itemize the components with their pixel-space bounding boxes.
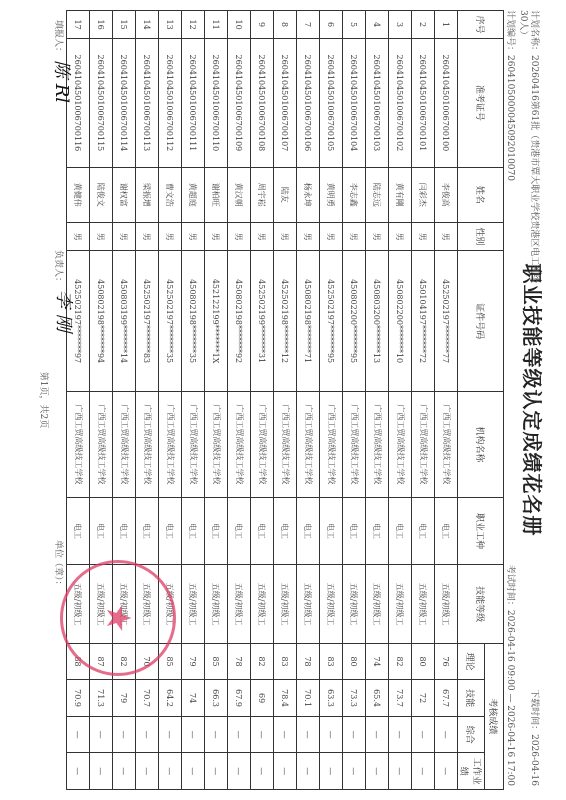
cell-skill: 73.3 [343, 680, 366, 717]
table-row: 132604104501006700112曹文浩男452502197******… [159, 11, 182, 790]
cell-overall: — [297, 716, 320, 753]
cell-work: — [251, 753, 274, 790]
cell-id: 450802200*******10 [389, 251, 412, 392]
cell-job: 电工 [251, 497, 274, 565]
table-row: 142604104501006700113梁振增男452502197******… [136, 11, 159, 790]
cell-theory: 80 [412, 643, 435, 680]
cell-theory: 83 [274, 643, 297, 680]
download-time: 下载时间：2026-04-16 [529, 689, 542, 786]
cell-id: 450803199*******14 [113, 251, 136, 392]
col-id: 证件号码 [458, 251, 504, 392]
cell-overall: — [113, 716, 136, 753]
cell-ticket: 2604104501006700103 [366, 39, 389, 167]
table-row: 22604104501006700101闫彩杰男450104197*******… [412, 11, 435, 790]
cell-org: 广西工贸高级技工学校 [297, 392, 320, 497]
col-level: 技能等级 [458, 565, 504, 643]
cell-skill: 69 [251, 680, 274, 717]
cell-job: 电工 [205, 497, 228, 565]
cell-id: 450802198*******71 [297, 251, 320, 392]
cell-work: — [67, 753, 90, 790]
owner-signature: 李 刚 [52, 290, 78, 332]
cell-work: — [389, 753, 412, 790]
cell-sex: 男 [389, 222, 412, 250]
cell-work: — [228, 753, 251, 790]
cell-ticket: 2604104501006700113 [136, 39, 159, 167]
cell-sex: 男 [182, 222, 205, 250]
cell-overall: — [90, 716, 113, 753]
cell-skill: 70.9 [67, 680, 90, 717]
cell-org: 广西工贸高级技工学校 [412, 392, 435, 497]
cell-work: — [366, 753, 389, 790]
cell-skill: 64.2 [159, 680, 182, 717]
exam-time: 考试时间：2026-04-16 09:00 — 2026-04-16 17:00 [505, 565, 518, 786]
cell-id: 452502199*******31 [251, 251, 274, 392]
cell-overall: — [136, 716, 159, 753]
table-row: 52604104501006700104李志鑫男450802200*******… [343, 11, 366, 790]
cell-theory: 82 [251, 643, 274, 680]
cell-skill: 66.3 [205, 680, 228, 717]
cell-seq: 14 [136, 11, 159, 39]
cell-name: 闫彩杰 [412, 167, 435, 222]
cell-level: 五级/初级工 [251, 565, 274, 643]
cell-job: 电工 [136, 497, 159, 565]
cell-sex: 男 [297, 222, 320, 250]
cell-level: 五级/初级工 [366, 565, 389, 643]
cell-overall: — [412, 716, 435, 753]
cell-org: 广西工贸高级技工学校 [274, 392, 297, 497]
cell-org: 广西工贸高级技工学校 [320, 392, 343, 497]
cell-theory: 85 [205, 643, 228, 680]
cell-name: 曹文浩 [159, 167, 182, 222]
cell-ticket: 2604104501006700102 [389, 39, 412, 167]
cell-seq: 1 [435, 11, 458, 39]
cell-level: 五级/初级工 [228, 565, 251, 643]
cell-work: — [320, 753, 343, 790]
cell-overall: — [205, 716, 228, 753]
cell-sex: 男 [412, 222, 435, 250]
table-row: 12604104501006700100李俊高男452502197*******… [435, 11, 458, 790]
table-row: 92604104501006700108周宇崧男452502199*******… [251, 11, 274, 790]
cell-skill: 70.7 [136, 680, 159, 717]
cell-theory: 82 [389, 643, 412, 680]
cell-skill: 71.3 [90, 680, 113, 717]
cell-theory: 74 [366, 643, 389, 680]
cell-ticket: 2604104501006700101 [412, 39, 435, 167]
table-row: 62604104501006700105黄明勇男452502197*******… [320, 11, 343, 790]
col-overall: 综合 [458, 716, 485, 753]
col-name: 姓名 [458, 167, 504, 222]
cell-sex: 男 [251, 222, 274, 250]
cell-ticket: 2604104501006700106 [297, 39, 320, 167]
cell-org: 广西工贸高级技工学校 [366, 392, 389, 497]
cell-sex: 男 [343, 222, 366, 250]
table-row: 172604104501006700116黄健伟男452502197******… [67, 11, 90, 790]
cell-name: 陆友 [274, 167, 297, 222]
cell-name: 谢权富 [113, 167, 136, 222]
cell-seq: 6 [320, 11, 343, 39]
cell-job: 电工 [435, 497, 458, 565]
cell-id: 450104197*******72 [412, 251, 435, 392]
cell-job: 电工 [182, 497, 205, 565]
cell-overall: — [67, 716, 90, 753]
cell-org: 广西工贸高级技工学校 [251, 392, 274, 497]
cell-overall: — [366, 716, 389, 753]
cell-seq: 16 [90, 11, 113, 39]
col-job: 职业工种 [458, 497, 504, 565]
cell-sex: 男 [113, 222, 136, 250]
cell-ticket: 2604104501006700112 [159, 39, 182, 167]
cell-ticket: 2604104501006700114 [113, 39, 136, 167]
cell-seq: 13 [159, 11, 182, 39]
cell-sex: 男 [366, 222, 389, 250]
cell-theory: 78 [297, 643, 320, 680]
table-row: 72604104501006700106杨永坤男450802198*******… [297, 11, 320, 790]
cell-ticket: 2604104501006700107 [274, 39, 297, 167]
cell-job: 电工 [228, 497, 251, 565]
cell-theory: 80 [343, 643, 366, 680]
seal-star-icon: ★ [98, 603, 138, 633]
cell-skill: 72 [412, 680, 435, 717]
cell-ticket: 2604104501006700100 [435, 39, 458, 167]
cell-name: 谢柏旺 [205, 167, 228, 222]
cell-job: 电工 [67, 497, 90, 565]
cell-job: 电工 [366, 497, 389, 565]
cell-job: 电工 [297, 497, 320, 565]
plan-name: 计划名称：20260416第61批（贵港市覃大职业学校贵港区电工初级 [529, 10, 542, 283]
cell-seq: 17 [67, 11, 90, 39]
cell-ticket: 2604104501006700109 [228, 39, 251, 167]
cell-overall: — [182, 716, 205, 753]
cell-id: 450802198*******92 [228, 251, 251, 392]
cell-overall: — [435, 716, 458, 753]
cell-work: — [412, 753, 435, 790]
cell-sex: 男 [205, 222, 228, 250]
table-row: 102604104501006700109黄汉朝男450802198******… [228, 11, 251, 790]
table-row: 122604104501006700111黄超庭男450802198******… [182, 11, 205, 790]
cell-seq: 5 [343, 11, 366, 39]
cell-org: 广西工贸高级技工学校 [389, 392, 412, 497]
cell-sex: 男 [159, 222, 182, 250]
cell-skill: 63.3 [320, 680, 343, 717]
cell-org: 广西工贸高级技工学校 [67, 392, 90, 497]
cell-skill: 67.7 [435, 680, 458, 717]
cell-seq: 15 [113, 11, 136, 39]
cell-org: 广西工贸高级技工学校 [159, 392, 182, 497]
cell-work: — [274, 753, 297, 790]
cell-org: 广西工贸高级技工学校 [113, 392, 136, 497]
cell-org: 广西工贸高级技工学校 [90, 392, 113, 497]
cell-org: 广西工贸高级技工学校 [435, 392, 458, 497]
cell-overall: — [159, 716, 182, 753]
cell-org: 广西工贸高级技工学校 [205, 392, 228, 497]
cell-skill: 74 [182, 680, 205, 717]
cell-level: 五级/初级工 [343, 565, 366, 643]
col-seq: 序号 [458, 11, 504, 39]
cell-work: — [90, 753, 113, 790]
cell-skill: 70.1 [297, 680, 320, 717]
cell-id: 452502197*******95 [320, 251, 343, 392]
cell-level: 五级/初级工 [435, 565, 458, 643]
cell-work: — [113, 753, 136, 790]
cell-name: 黄明勇 [320, 167, 343, 222]
cell-name: 周宇崧 [251, 167, 274, 222]
cell-seq: 9 [251, 11, 274, 39]
cell-job: 电工 [343, 497, 366, 565]
cell-level: 五级/初级工 [297, 565, 320, 643]
cell-sex: 男 [320, 222, 343, 250]
cell-name: 李俊高 [435, 167, 458, 222]
col-work: 工作业绩 [458, 753, 485, 790]
cell-skill: 78.4 [274, 680, 297, 717]
cell-id: 452502197*******83 [136, 251, 159, 392]
cell-seq: 4 [366, 11, 389, 39]
cell-overall: — [274, 716, 297, 753]
cell-job: 电工 [389, 497, 412, 565]
official-seal-icon: ★ [60, 560, 176, 676]
cell-theory: 76 [435, 643, 458, 680]
cell-sex: 男 [228, 222, 251, 250]
cell-ticket: 2604104501006700105 [320, 39, 343, 167]
cell-name: 杨永坤 [297, 167, 320, 222]
cell-level: 五级/初级工 [182, 565, 205, 643]
cell-sex: 男 [274, 222, 297, 250]
col-scores: 考核成绩 [485, 643, 504, 789]
table-row: 42604104501006700103陆志远男450803200*******… [366, 11, 389, 790]
cell-org: 广西工贸高级技工学校 [182, 392, 205, 497]
cell-seq: 3 [389, 11, 412, 39]
col-sex: 性别 [458, 222, 504, 250]
cell-overall: — [228, 716, 251, 753]
cell-theory: 78 [228, 643, 251, 680]
cell-level: 五级/初级工 [412, 565, 435, 643]
cell-id: 452122199*******1X [205, 251, 228, 392]
cell-sex: 男 [435, 222, 458, 250]
cell-id: 450802198*******94 [90, 251, 113, 392]
cell-seq: 7 [297, 11, 320, 39]
unit-label: 单位（章）： [53, 540, 66, 590]
cell-work: — [159, 753, 182, 790]
cell-job: 电工 [113, 497, 136, 565]
cell-level: 五级/初级工 [274, 565, 297, 643]
cell-ticket: 2604104501006700111 [182, 39, 205, 167]
cell-work: — [297, 753, 320, 790]
cell-id: 450802200*******95 [343, 251, 366, 392]
cell-overall: — [320, 716, 343, 753]
cell-theory: 79 [182, 643, 205, 680]
cell-job: 电工 [412, 497, 435, 565]
cell-work: — [182, 753, 205, 790]
cell-id: 452502197*******35 [159, 251, 182, 392]
cell-seq: 10 [228, 11, 251, 39]
cell-work: — [343, 753, 366, 790]
cell-id: 450803200*******13 [366, 251, 389, 392]
cell-id: 452502197*******77 [435, 251, 458, 392]
cell-skill: 73.7 [389, 680, 412, 717]
cell-level: 五级/初级工 [389, 565, 412, 643]
cell-job: 电工 [159, 497, 182, 565]
cell-overall: — [343, 716, 366, 753]
cell-name: 李志鑫 [343, 167, 366, 222]
col-skill: 技能 [458, 680, 485, 717]
cell-name: 黄汉朝 [228, 167, 251, 222]
cell-work: — [205, 753, 228, 790]
owner-label: 负责人： [53, 250, 66, 286]
cell-sex: 男 [136, 222, 159, 250]
col-theory: 理论 [458, 643, 485, 680]
cell-skill: 79 [113, 680, 136, 717]
table-row: 82604104501006700107陆友男452502198*******1… [274, 11, 297, 790]
cell-name: 梁振增 [136, 167, 159, 222]
cell-seq: 2 [412, 11, 435, 39]
plan-number: 计划编号：2604105000045092010070 [505, 10, 518, 181]
cell-org: 广西工贸高级技工学校 [343, 392, 366, 497]
cell-seq: 11 [205, 11, 228, 39]
cell-name: 黄有剛 [389, 167, 412, 222]
cell-seq: 12 [182, 11, 205, 39]
cell-level: 五级/初级工 [320, 565, 343, 643]
cell-name: 陆俊文 [90, 167, 113, 222]
cell-work: — [136, 753, 159, 790]
cell-sex: 男 [90, 222, 113, 250]
cell-org: 广西工贸高级技工学校 [228, 392, 251, 497]
cell-ticket: 2604104501006700108 [251, 39, 274, 167]
cell-job: 电工 [90, 497, 113, 565]
cell-work: — [435, 753, 458, 790]
cell-sex: 男 [67, 222, 90, 250]
page-info: 第1页，共2页 [38, 0, 51, 800]
cell-id: 450802198*******35 [182, 251, 205, 392]
cell-ticket: 2604104501006700110 [205, 39, 228, 167]
roster-page: 职业技能等级认定成绩花名册 计划名称：20260416第61批（贵港市覃大职业学… [0, 0, 566, 800]
col-org: 机构名称 [458, 392, 504, 497]
cell-overall: — [389, 716, 412, 753]
cell-skill: 65.4 [366, 680, 389, 717]
filler-signature: 陈 Rl [50, 60, 76, 103]
cell-ticket: 2604104501006700115 [90, 39, 113, 167]
cell-org: 广西工贸高级技工学校 [136, 392, 159, 497]
cell-overall: — [251, 716, 274, 753]
cell-level: 五级/初级工 [205, 565, 228, 643]
cell-name: 陆志远 [366, 167, 389, 222]
col-ticket: 准考证号 [458, 39, 504, 167]
cell-theory: 83 [320, 643, 343, 680]
cell-name: 黄超庭 [182, 167, 205, 222]
cell-name: 黄健伟 [67, 167, 90, 222]
filler-label: 填报人： [53, 20, 66, 56]
cell-seq: 8 [274, 11, 297, 39]
plan-count: 30人） [518, 10, 531, 39]
cell-job: 电工 [274, 497, 297, 565]
cell-ticket: 2604104501006700104 [343, 39, 366, 167]
cell-skill: 67.9 [228, 680, 251, 717]
table-row: 112604104501006700110谢柏旺男452122199******… [205, 11, 228, 790]
cell-job: 电工 [320, 497, 343, 565]
cell-id: 452502198*******12 [274, 251, 297, 392]
table-row: 32604104501006700102黄有剛男450802200*******… [389, 11, 412, 790]
